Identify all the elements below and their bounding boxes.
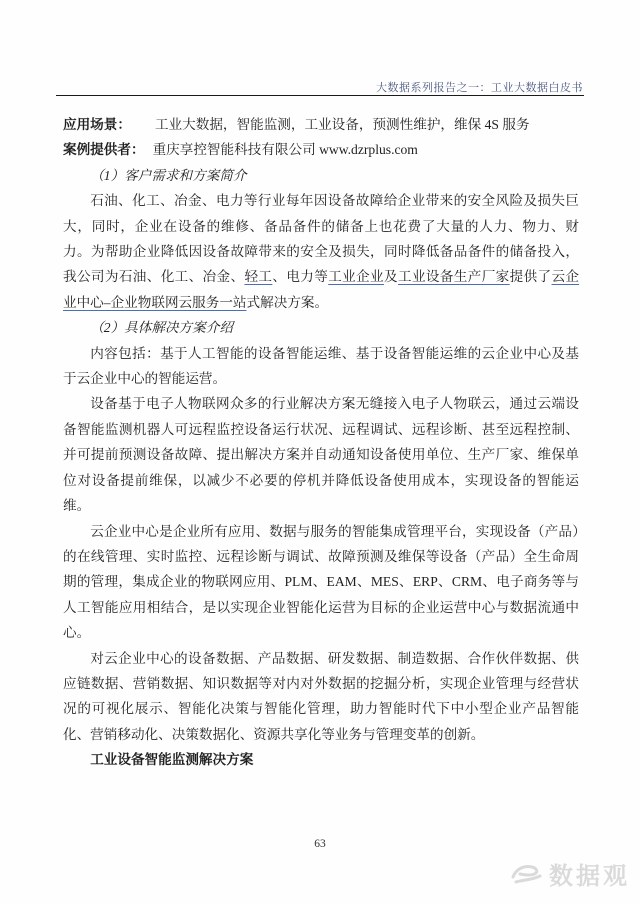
text-segment: 、电力等 (272, 269, 328, 284)
document-body: 应用场景：工业大数据，智能监测，工业设备，预测性维护，维保 4S 服务案例提供者… (63, 112, 579, 773)
running-header-title: 大数据系列报告之一：工业大数据白皮书 (376, 82, 583, 94)
text-segment: 设备基于电子人物联网众多的行业解决方案无缝接入电子人物联云，通过云端设备智能监测… (63, 396, 579, 513)
body-paragraph: 石油、化工、冶金、电力等行业每年因设备故障给企业带来的安全风险及损失巨大，同时，… (63, 188, 579, 315)
text-segment: 内容包括：基于人工智能的设备智能运维、基于设备智能运维的云企业中心及基于云企业中… (63, 346, 579, 386)
field-value: 重庆享控智能科技有限公司 www.dzrplus.com (153, 142, 418, 157)
underlined-text-segment: 轻工 (244, 269, 272, 284)
hand-logo-icon (510, 861, 544, 887)
section-heading: 工业设备智能监测解决方案 (63, 747, 579, 772)
underlined-text-segment: 工业企业 (328, 269, 384, 284)
document-page: 大数据系列报告之一：工业大数据白皮书 应用场景：工业大数据，智能监测，工业设备，… (0, 0, 640, 905)
text-segment: 提供了 (510, 269, 552, 284)
header-rule (56, 95, 584, 96)
text-segment: 对云企业中心的设备数据、产品数据、研发数据、制造数据、合作伙伴数据、供应链数据、… (63, 651, 579, 742)
body-paragraph: 对云企业中心的设备数据、产品数据、研发数据、制造数据、合作伙伴数据、供应链数据、… (63, 646, 579, 748)
text-segment: 云企业中心是企业所有应用、数据与服务的智能集成管理平台，实现设备（产品）的在线管… (63, 524, 579, 641)
field-value: 工业大数据，智能监测，工业设备，预测性维护，维保 4S 服务 (155, 117, 530, 132)
watermark-text: 数据观 (549, 856, 630, 891)
running-header: 大数据系列报告之一：工业大数据白皮书 (376, 79, 583, 95)
body-paragraph: 云企业中心是企业所有应用、数据与服务的智能集成管理平台，实现设备（产品）的在线管… (63, 519, 579, 646)
body-paragraph: 设备基于电子人物联网众多的行业解决方案无缝接入电子人物联云，通过云端设备智能监测… (63, 391, 579, 518)
text-segment: 及 (384, 269, 398, 284)
dataview-logo-watermark: 数据观 (510, 856, 630, 891)
body-paragraph: 内容包括：基于人工智能的设备智能运维、基于设备智能运维的云企业中心及基于云企业中… (63, 341, 579, 392)
numbered-subheading: （1）客户需求和方案简介 (63, 163, 579, 188)
text-segment: 式解决方案。 (247, 295, 329, 310)
page-number: 63 (0, 838, 640, 850)
underlined-text-segment: 工业设备生产厂家 (398, 269, 510, 284)
field-row: 应用场景：工业大数据，智能监测，工业设备，预测性维护，维保 4S 服务 (63, 112, 579, 137)
field-row: 案例提供者：重庆享控智能科技有限公司 www.dzrplus.com (63, 137, 579, 162)
numbered-subheading: （2）具体解决方案介绍 (63, 315, 579, 340)
field-label: 应用场景： (63, 117, 131, 132)
field-label: 案例提供者： (63, 142, 145, 157)
